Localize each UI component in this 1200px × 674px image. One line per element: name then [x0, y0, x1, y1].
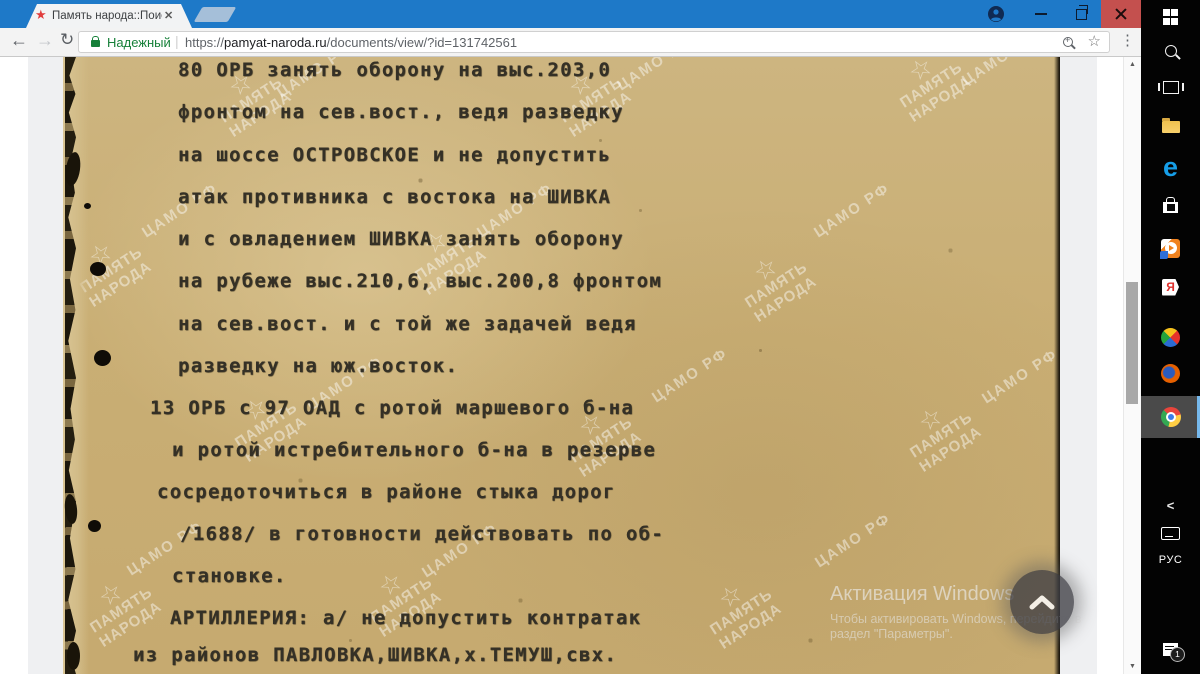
- torn-paper-edge: [63, 57, 89, 674]
- browser-tab[interactable]: ★ Память народа::Поиск д ✕: [26, 4, 192, 28]
- tab-close-icon[interactable]: ✕: [164, 9, 173, 22]
- start-button[interactable]: [1141, 0, 1200, 36]
- star-outline-icon: ☆: [877, 57, 964, 102]
- web-page: ☆ПАМЯТЬНАРОДА☆ПАМЯТЬНАРОДА☆ПАМЯТЬНАРОДА☆…: [0, 57, 1141, 674]
- document-text-line: и ротой истребительного б-на в резерве: [172, 439, 656, 461]
- profile-icon[interactable]: [988, 6, 1004, 22]
- tab-favicon-star-icon: ★: [35, 8, 47, 22]
- star-outline-icon: ☆: [887, 385, 974, 452]
- video-player-icon: [1161, 239, 1180, 258]
- tab-title: Память народа::Поиск д: [52, 10, 162, 24]
- document-text-line: 13 ОРБ с 97 ОАД с ротой маршевого б-на: [150, 397, 634, 419]
- reload-icon[interactable]: ↻: [60, 30, 74, 50]
- language-indicator[interactable]: РУС: [1141, 548, 1200, 572]
- keyboard-icon: [1161, 527, 1180, 540]
- back-icon[interactable]: ←: [10, 30, 28, 51]
- url-scheme: https://: [185, 35, 224, 50]
- task-view-icon: [1163, 81, 1179, 94]
- pamyat-naroda-watermark: ☆ПАМЯТЬНАРОДА: [687, 562, 793, 658]
- document-text-line: из районов ПАВЛОВКА,ШИВКА,х.ТЕМУШ,свх.: [133, 644, 617, 666]
- pamyat-naroda-watermark: ☆ПАМЯТЬНАРОДА: [877, 57, 983, 131]
- document-text-line: и с овладением ШИВКА занять оборону: [178, 228, 624, 250]
- scroll-to-top-button[interactable]: [1010, 570, 1074, 634]
- browser-menu-icon[interactable]: ⋮: [1120, 31, 1135, 49]
- scrollbar-down-icon[interactable]: ▼: [1124, 663, 1141, 670]
- browser-toolbar: ← → ↻ Надежный | https://pamyat-naroda.r…: [0, 28, 1141, 57]
- new-tab-button[interactable]: [194, 7, 237, 22]
- secure-label: Надежный: [107, 35, 171, 50]
- secure-lock-icon: [91, 40, 100, 47]
- language-label: РУС: [1159, 554, 1183, 566]
- minimize-button[interactable]: [1021, 0, 1061, 28]
- windows-logo-icon: [1163, 9, 1179, 25]
- url-domain: pamyat-naroda.ru: [224, 35, 327, 50]
- document-text-line: на сев.вост. и с той же задачей ведя: [178, 313, 637, 335]
- scrollbar-up-icon[interactable]: ▲: [1124, 61, 1141, 68]
- chevron-up-icon: [1027, 594, 1057, 610]
- pamyat-naroda-watermark: ☆ПАМЯТЬНАРОДА: [887, 385, 993, 481]
- movies-tv-button[interactable]: [1141, 229, 1200, 267]
- close-button[interactable]: [1101, 0, 1141, 28]
- touch-keyboard-button[interactable]: [1141, 520, 1200, 546]
- document-viewer: ☆ПАМЯТЬНАРОДА☆ПАМЯТЬНАРОДА☆ПАМЯТЬНАРОДА☆…: [28, 57, 1097, 674]
- document-text-line: атак противника с востока на ШИВКА: [178, 186, 611, 208]
- show-hidden-icons-button[interactable]: <: [1141, 492, 1200, 518]
- yandex-icon: Я: [1162, 279, 1179, 296]
- firefox-button[interactable]: [1141, 354, 1200, 392]
- store-button[interactable]: [1141, 188, 1200, 226]
- chevron-left-icon: <: [1167, 498, 1175, 513]
- action-center-button[interactable]: 1: [1141, 630, 1200, 668]
- document-text-line: становке.: [172, 565, 287, 587]
- document-scan[interactable]: ☆ПАМЯТЬНАРОДА☆ПАМЯТЬНАРОДА☆ПАМЯТЬНАРОДА☆…: [63, 57, 1060, 674]
- task-view-button[interactable]: [1141, 68, 1200, 106]
- taskbar-search-button[interactable]: [1141, 32, 1200, 70]
- star-outline-icon: ☆: [687, 562, 774, 629]
- punch-hole: [90, 262, 106, 276]
- tsamo-watermark: ЦАМО РФ: [639, 338, 741, 412]
- forward-icon[interactable]: →: [36, 30, 54, 51]
- document-text-line: 80 ОРБ занять оборону на выс.203,0: [178, 59, 611, 81]
- edge-button[interactable]: e: [1141, 148, 1200, 186]
- document-text-line: /1688/ в готовности действовать по об-: [180, 523, 664, 545]
- paper-hole: [88, 520, 101, 532]
- url-path: /documents/view/?id=131742561: [327, 35, 517, 50]
- browser-window: ★ Память народа::Поиск д ✕ ← → ↻ Надежны…: [0, 0, 1141, 674]
- windows-taskbar: e Я < РУС 1: [1141, 0, 1200, 674]
- yandex-button[interactable]: Я: [1141, 268, 1200, 306]
- notification-icon: 1: [1163, 643, 1178, 656]
- url-text: https://pamyat-naroda.ru/documents/view/…: [185, 35, 517, 50]
- edge-icon: e: [1163, 154, 1178, 180]
- paper-hole: [84, 203, 91, 209]
- document-text-line: сосредоточиться в районе стыка дорог: [157, 481, 616, 503]
- browser-scrollbar[interactable]: ▲ ▼: [1123, 57, 1141, 674]
- pamyat-naroda-watermark: ☆ПАМЯТЬНАРОДА: [347, 550, 453, 646]
- scrollbar-thumb[interactable]: [1126, 282, 1138, 404]
- tsamo-watermark: ЦАМО РФ: [802, 503, 904, 577]
- screen: ★ Память народа::Поиск д ✕ ← → ↻ Надежны…: [0, 0, 1200, 674]
- chrome-icon: [1161, 407, 1181, 427]
- page-zoom-icon[interactable]: [1063, 37, 1073, 47]
- titlebar: ★ Память народа::Поиск д ✕: [0, 0, 1141, 28]
- document-text-line: на рубеже выс.210,6, выс.200,8 фронтом: [178, 270, 662, 292]
- yandex-browser-button[interactable]: [1141, 318, 1200, 356]
- document-text-line: на шоссе ОСТРОВСКОЕ и не допустить: [178, 144, 611, 166]
- star-outline-icon: ☆: [722, 235, 809, 302]
- document-text-line: фронтом на сев.вост., ведя разведку: [178, 101, 624, 123]
- document-text-line: разведку на юж.восток.: [178, 355, 458, 377]
- punch-hole: [94, 350, 111, 366]
- firefox-icon: [1161, 364, 1180, 383]
- paper-tear-mark: [67, 642, 80, 670]
- document-text-line: АРТИЛЛЕРИЯ: а/ не допустить контратак: [170, 607, 641, 629]
- chrome-button-active[interactable]: [1141, 396, 1200, 438]
- url-separator: |: [175, 33, 179, 49]
- folder-icon: [1162, 121, 1180, 133]
- pamyat-naroda-watermark: ☆ПАМЯТЬНАРОДА: [722, 235, 828, 331]
- file-explorer-button[interactable]: [1141, 108, 1200, 146]
- tsamo-watermark: ЦАМО РФ: [801, 173, 903, 247]
- tsamo-watermark: ЦАМО РФ: [949, 57, 1051, 96]
- store-bag-icon: [1163, 202, 1178, 213]
- maximize-button[interactable]: [1061, 0, 1101, 28]
- notification-badge: 1: [1170, 647, 1185, 662]
- tsamo-watermark: ЦАМО РФ: [604, 57, 706, 101]
- address-bar[interactable]: Надежный | https://pamyat-naroda.ru/docu…: [78, 31, 1110, 53]
- search-icon: [1165, 45, 1177, 57]
- color-sphere-icon: [1161, 328, 1180, 347]
- bookmark-star-icon[interactable]: ☆: [1088, 32, 1101, 50]
